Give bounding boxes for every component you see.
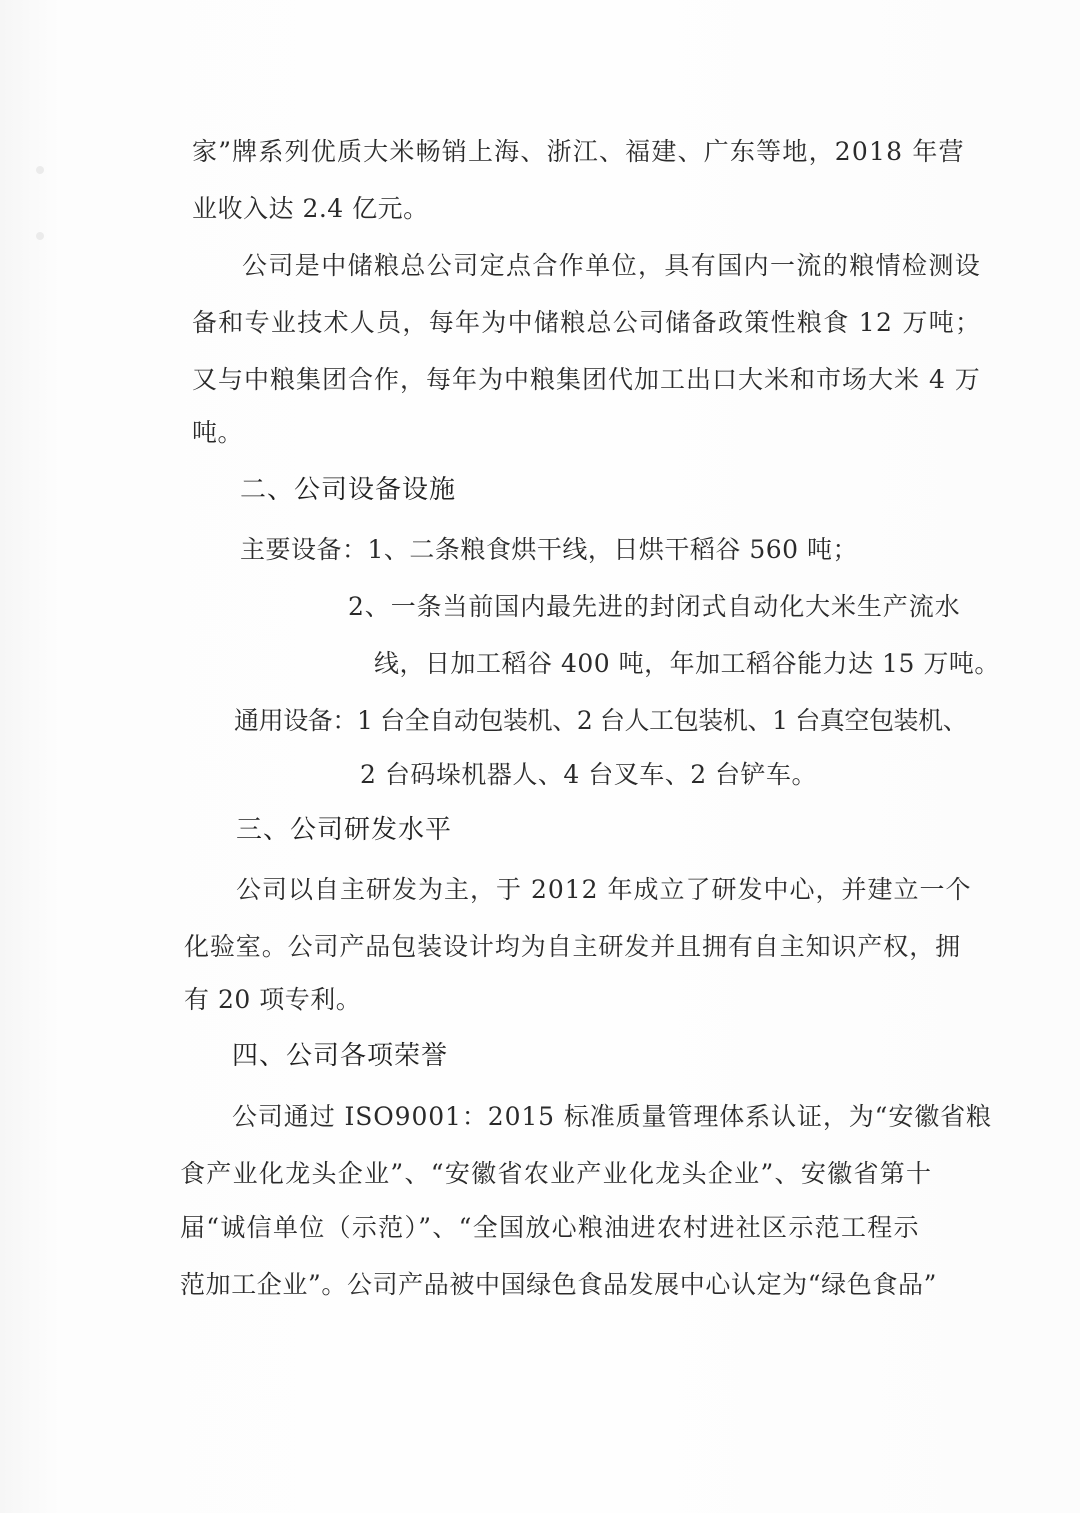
paragraph-line: 届“诚信单位（示范）”、“全国放心粮油进农村进社区示范工程示 [180, 1213, 920, 1243]
paragraph-line: 有 20 项专利。 [184, 985, 361, 1015]
scan-artifact [36, 166, 44, 174]
paragraph-line: 备和专业技术人员，每年为中储粮总公司储备政策性粮食 12 万吨； [192, 308, 981, 338]
main-equipment-line: 2、一条当前国内最先进的封闭式自动化大米生产流水 [348, 592, 961, 622]
paragraph-line: 公司通过 ISO9001：2015 标准质量管理体系认证，为“安徽省粮 [232, 1102, 992, 1132]
section-heading-equipment: 二、公司设备设施 [240, 474, 456, 506]
paragraph-line: 业收入达 2.4 亿元。 [192, 194, 429, 224]
section-heading-honors: 四、公司各项荣誉 [232, 1040, 448, 1072]
paragraph-line: 食产业化龙头企业”、“安徽省农业产业化龙头企业”、安徽省第十 [180, 1159, 932, 1189]
main-equipment-line: 线，日加工稻谷 400 吨，年加工稻谷能力达 15 万吨。 [374, 649, 1000, 679]
scan-artifact [36, 232, 44, 240]
paragraph-line: 化验室。公司产品包装设计均为自主研发并且拥有自主知识产权，拥 [184, 932, 961, 962]
section-heading-rnd: 三、公司研发水平 [236, 814, 452, 846]
general-equipment-line: 2 台码垛机器人、4 台叉车、2 台铲车。 [360, 760, 817, 790]
scanned-document-page: 家”牌系列优质大米畅销上海、浙江、福建、广东等地，2018 年营 业收入达 2.… [0, 0, 1080, 1513]
paragraph-line: 家”牌系列优质大米畅销上海、浙江、福建、广东等地，2018 年营 [192, 137, 965, 167]
main-equipment-line: 主要设备：1、二条粮食烘干线，日烘干稻谷 560 吨； [240, 535, 858, 565]
paragraph-line: 公司以自主研发为主，于 2012 年成立了研发中心，并建立一个 [236, 875, 972, 905]
general-equipment-line: 通用设备：1 台全自动包装机、2 台人工包装机、1 台真空包装机、 [234, 706, 967, 736]
paragraph-line: 公司是中储粮总公司定点合作单位，具有国内一流的粮情检测设 [242, 251, 981, 281]
paragraph-line: 又与中粮集团合作，每年为中粮集团代加工出口大米和市场大米 4 万 [192, 365, 981, 395]
paragraph-line: 吨。 [192, 418, 243, 448]
paragraph-line: 范加工企业”。公司产品被中国绿色食品发展中心认定为“绿色食品” [180, 1270, 937, 1300]
